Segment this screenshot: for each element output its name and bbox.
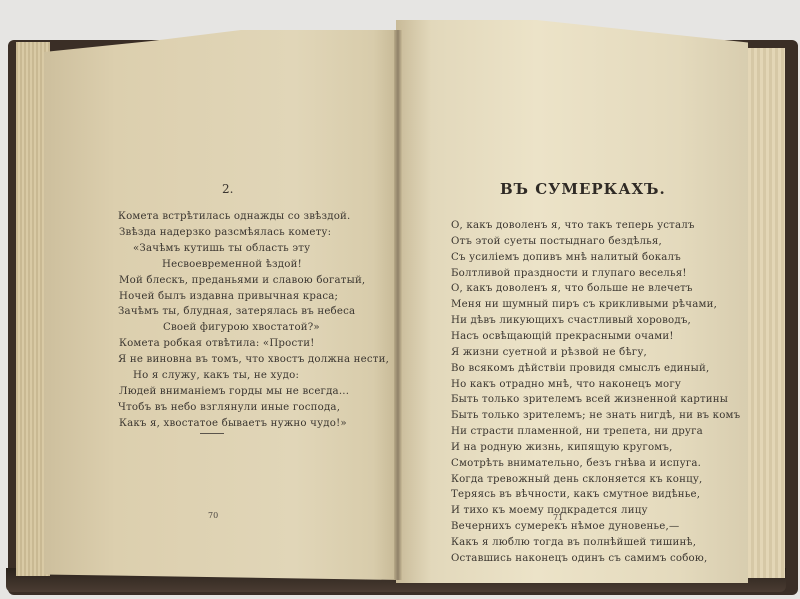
- poem-line: Ни страсти пламенной, ни трепета, ни дру…: [451, 424, 703, 440]
- poem-line: Чтобъ въ небо взглянули иные господа,: [118, 400, 340, 416]
- poem-line: Быть только зрителемъ всей жизненной кар…: [451, 392, 728, 408]
- right-page-stack: [745, 48, 785, 578]
- poem-line: Но какъ отрадно мнѣ, что наконецъ могу: [451, 377, 681, 393]
- poem-line: «Зачѣмъ кутишь ты область эту: [119, 241, 310, 257]
- poem-line: Комета робкая отвѣтила: «Прости!: [119, 336, 315, 352]
- poem-line: Я жизни суетной и рѣзвой не бѣгу,: [451, 345, 647, 361]
- left-page-number: 70: [208, 511, 218, 520]
- poem-line: Людей вниманіемъ горды мы не всегда...: [119, 384, 349, 400]
- poem-line: Несвоевременной ѣздой!: [118, 257, 302, 273]
- poem-line: О, какъ доволенъ я, что больше не влечет…: [451, 281, 693, 297]
- poem-line: Оставшись наконецъ одинъ съ самимъ собою…: [451, 551, 707, 567]
- poem-line: И на родную жизнь, кипящую кругомъ,: [451, 440, 673, 456]
- poem-line: Во всякомъ дѣйствіи провидя смыслъ едины…: [451, 361, 709, 377]
- poem-line: Теряясь въ вѣчности, какъ смутное видѣнь…: [451, 487, 700, 503]
- poem-line: Смотрѣть внимательно, безъ гнѣва и испуг…: [451, 456, 701, 472]
- poem-line: Вечернихъ сумерекъ нѣмое дуновенье,—: [451, 519, 679, 535]
- poem-line: Какъ я люблю тогда въ полнѣйшей тишинѣ,: [451, 535, 696, 551]
- poem-line: Звѣзда надерзко разсмѣялась комету:: [119, 225, 331, 241]
- book-gutter: [394, 30, 402, 580]
- poem-section-number: 2.: [222, 182, 233, 196]
- poem-line: О, какъ доволенъ я, что такъ теперь уста…: [451, 218, 695, 234]
- poem-line: И тихо къ моему подкрадется лицу: [451, 503, 648, 519]
- right-page-number: 71: [553, 513, 563, 522]
- poem-line: Я не виновна въ томъ, что хвостъ должна …: [118, 352, 389, 368]
- poem-line: Но я служу, какъ ты, не худо:: [119, 368, 299, 384]
- poem-title: ВЪ СУМЕРКАХЪ.: [500, 180, 666, 198]
- section-divider: [200, 433, 224, 434]
- poem-line: Мой блескъ, преданьями и славою богатый,: [119, 273, 365, 289]
- poem-line: Съ усиліемъ допивъ мнѣ налитый бокалъ: [451, 250, 681, 266]
- poem-line: Отъ этой суеты постыднаго бездѣлья,: [451, 234, 662, 250]
- poem-line: Болтливой праздности и глупаго веселья!: [451, 266, 687, 282]
- poem-line: Своей фигурою хвостатой?»: [119, 320, 320, 336]
- poem-line: Быть только зрителемъ; не знать нигдѣ, н…: [451, 408, 740, 424]
- poem-line: Зачѣмъ ты, блудная, затерялась въ небеса: [118, 304, 355, 320]
- poem-line: Насъ освѣщающій прекрасными очами!: [451, 329, 674, 345]
- poem-line: Когда тревожный день склоняется къ концу…: [451, 472, 702, 488]
- poem-line: Меня ни шумный пиръ съ крикливыми рѣчами…: [451, 297, 717, 313]
- poem-line: Комета встрѣтилась однажды со звѣздой.: [118, 209, 351, 225]
- poem-line: Какъ я, хвостатое бываетъ нужно чудо!»: [119, 416, 347, 432]
- poem-line: Ночей былъ издавна привычная краса;: [119, 289, 338, 305]
- poem-line: Ни дѣвъ ликующихъ счастливый хороводъ,: [451, 313, 691, 329]
